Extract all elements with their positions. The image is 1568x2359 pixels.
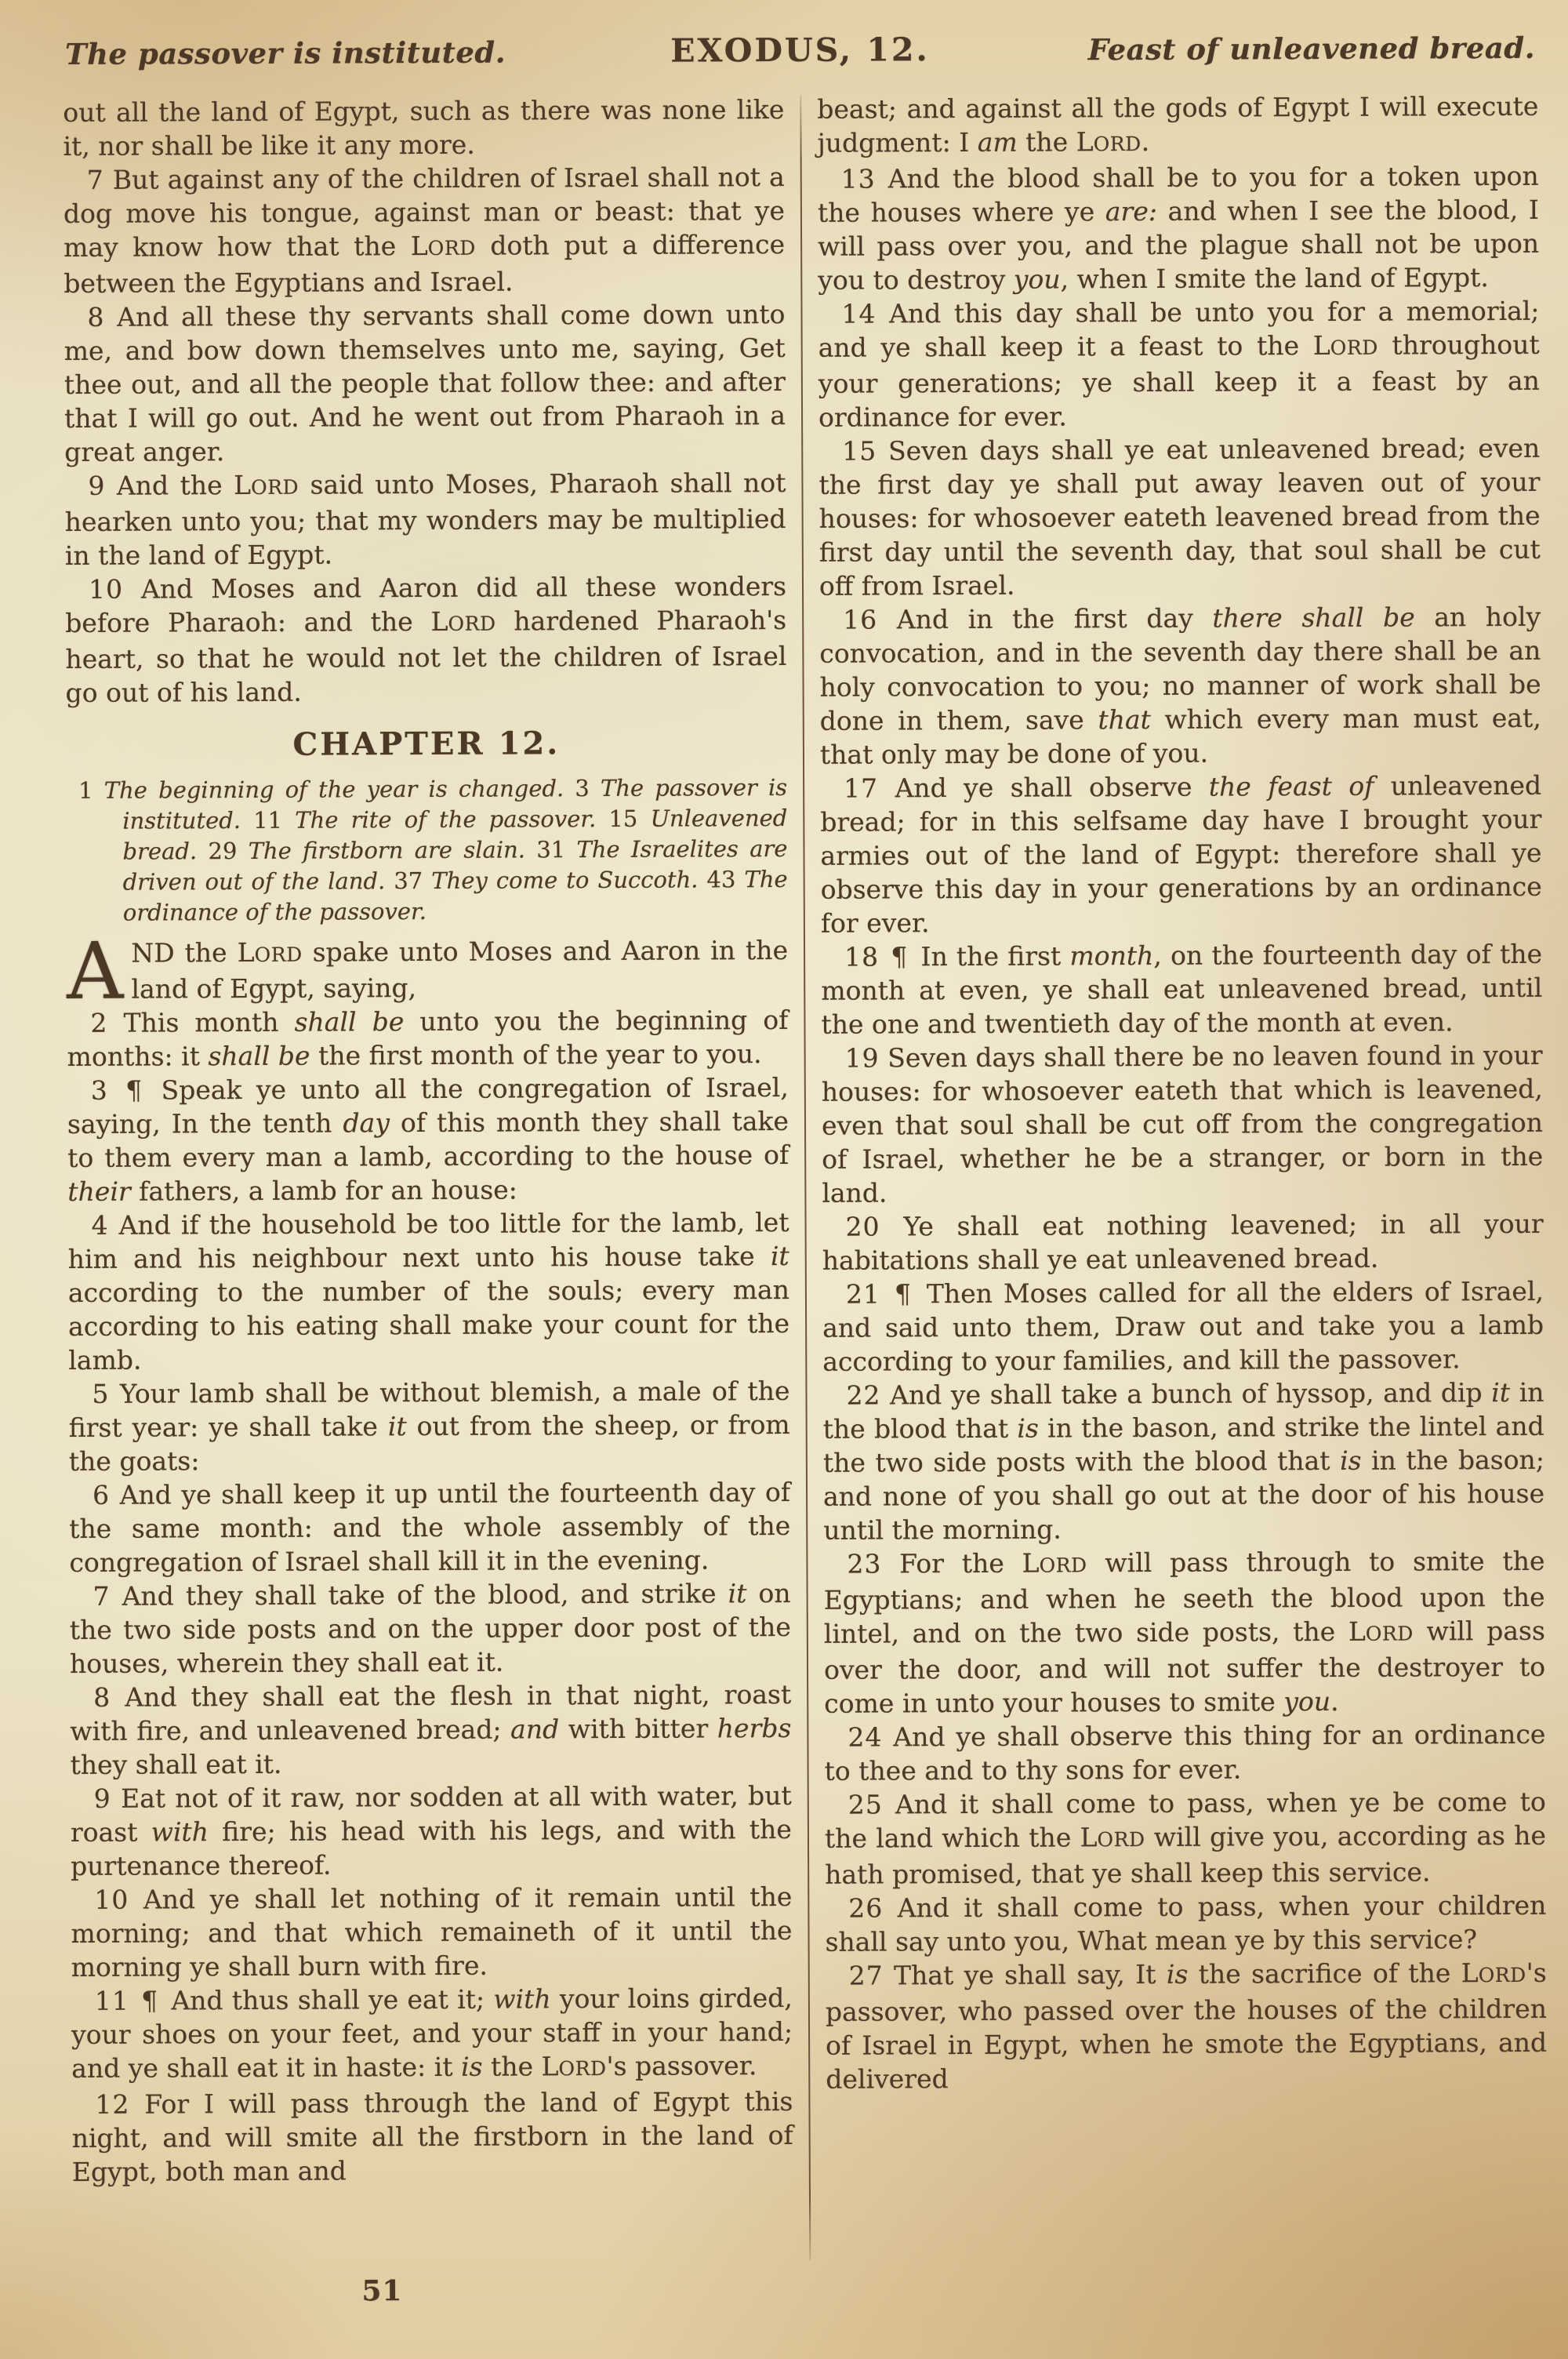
column-divider-rule <box>800 96 811 2260</box>
lord-smallcaps: LORD <box>430 606 495 637</box>
chapter-summary: 1 The beginning of the year is changed. … <box>66 772 788 929</box>
pilcrow-mark: ¶ <box>138 1985 162 2016</box>
lord-smallcaps: LORD <box>1313 330 1378 361</box>
verse-continuation: out all the land of Egypt, such as there… <box>63 93 784 163</box>
verse: 7 But against any of the children of Isr… <box>64 160 786 300</box>
verse-number: 26 <box>848 1892 883 1923</box>
scanned-bible-page: The passover is instituted. EXODUS, 12. … <box>0 0 1568 2359</box>
verse-number: 7 <box>93 1581 111 1612</box>
running-head-right: Feast of unleavened bread. <box>985 31 1535 67</box>
verse: 26 And it shall come to pass, when your … <box>825 1888 1546 1959</box>
verse-number: 13 <box>841 163 876 194</box>
verse: 10 And ye shall let nothing of it remain… <box>71 1880 793 1984</box>
verse: 25 And it shall come to pass, when ye be… <box>825 1785 1547 1892</box>
verse: 5 Your lamb shall be without blemish, a … <box>68 1374 790 1478</box>
running-header: The passover is instituted. EXODUS, 12. … <box>65 28 1535 72</box>
verse: 9 And the LORD said unto Moses, Pharaoh … <box>64 466 786 572</box>
verse: 9 Eat not of it raw, nor sodden at all w… <box>71 1779 793 1883</box>
chapter-heading: CHAPTER 12. <box>66 724 787 765</box>
verse: 8 And all these thy servants shall come … <box>64 297 786 469</box>
page-footer: 51 <box>72 2274 691 2309</box>
verse: 16 And in the first day there shall be a… <box>819 600 1541 772</box>
verse-number: 16 <box>843 604 877 634</box>
verse: 24 And ye shall observe this thing for a… <box>824 1717 1545 1788</box>
verse: 21 ¶ Then Moses called for all the elder… <box>822 1274 1544 1379</box>
pilcrow-mark: ¶ <box>887 941 912 972</box>
lord-smallcaps: LORD <box>238 937 303 968</box>
lord-smallcaps: LORD <box>1461 1957 1526 1988</box>
verse-number: 4 <box>91 1210 108 1241</box>
verse-number: 17 <box>844 772 878 803</box>
pilcrow-mark: ¶ <box>891 1278 916 1309</box>
verse: 13 And the blood shall be to you for a t… <box>818 159 1540 297</box>
verse-number: 14 <box>841 298 876 329</box>
verse-number: 20 <box>845 1211 880 1241</box>
lord-smallcaps: LORD <box>1348 1616 1414 1647</box>
verse: 22 And ye shall take a bunch of hyssop, … <box>822 1376 1544 1547</box>
verse: 11 ¶ And thus shall ye eat it; with your… <box>71 1981 793 2088</box>
pilcrow-mark: ¶ <box>122 1075 147 1106</box>
verse-number: 10 <box>94 1885 129 1915</box>
verse: 15 Seven days shall ye eat unleavened br… <box>818 431 1541 603</box>
verse: 17 And ye shall observe the feast of unl… <box>820 769 1542 940</box>
verse: 2 This month shall be unto you the begin… <box>67 1003 788 1074</box>
verse: 23 For the LORD will pass through to smi… <box>823 1544 1545 1721</box>
verse-continuation: beast; and against all the gods of Egypt… <box>817 89 1538 162</box>
verse-number: 23 <box>847 1548 881 1579</box>
page-content: The passover is instituted. EXODUS, 12. … <box>0 0 1568 2359</box>
verse: 18 ¶ In the first month, on the fourteen… <box>821 937 1543 1041</box>
verse-number: 6 <box>93 1480 110 1510</box>
lord-smallcaps: LORD <box>1080 1822 1145 1852</box>
running-head-left: The passover is instituted. <box>65 35 615 71</box>
verse: 3 ¶ Speak ye unto all the congregation o… <box>67 1070 789 1209</box>
verse: 14 And this day shall be unto you for a … <box>818 294 1540 434</box>
lord-smallcaps: LORD <box>1022 1547 1087 1578</box>
verse-number: 25 <box>848 1789 883 1819</box>
verse: 20 Ye shall eat nothing leavened; in all… <box>822 1207 1543 1278</box>
verse-number: 11 <box>95 1986 129 2016</box>
verse-number: 22 <box>846 1379 880 1410</box>
right-column: beast; and against all the gods of Egypt… <box>817 89 1548 2260</box>
verse-number: 7 <box>87 165 104 195</box>
verse: 10 And Moses and Aaron did all these won… <box>65 569 787 710</box>
verse-number: 5 <box>92 1379 109 1409</box>
verse-number: 18 <box>844 941 879 972</box>
verse-number: 9 <box>94 1783 111 1814</box>
left-column: out all the land of Egypt, such as there… <box>63 93 793 2263</box>
verse-number: 8 <box>87 302 104 333</box>
verse: 4 And if the household be too little for… <box>67 1205 789 1377</box>
two-column-text: out all the land of Egypt, such as there… <box>63 89 1549 2263</box>
verse: 19 Seven days shall there be no leaven f… <box>822 1038 1544 1210</box>
verse-number: 10 <box>89 574 123 605</box>
lord-smallcaps: LORD <box>234 470 299 500</box>
verse: 8 And they shall eat the flesh in that n… <box>70 1677 792 1782</box>
lord-smallcaps: LORD <box>411 231 476 261</box>
drop-cap-letter: A <box>67 936 132 1004</box>
page-number: 51 <box>361 2274 402 2307</box>
verse: 12 For I will pass through the land of E… <box>71 2085 793 2189</box>
verse: 7 And they shall take of the blood, and … <box>70 1576 792 1681</box>
verse: 6 And ye shall keep it up until the four… <box>69 1475 791 1579</box>
verse-number: 8 <box>93 1682 111 1713</box>
lord-smallcaps: LORD <box>541 2051 606 2081</box>
verse-number: 2 <box>90 1008 107 1038</box>
verse-number: 24 <box>848 1721 882 1752</box>
verse-number: 3 <box>91 1075 108 1106</box>
page-heading-book: EXODUS, 12. <box>615 31 985 70</box>
verse-number: 15 <box>842 435 877 466</box>
verse-number: 12 <box>95 2089 129 2120</box>
verse-number: 9 <box>88 471 105 501</box>
verse-number: 27 <box>849 1960 884 1990</box>
verse-number: 21 <box>846 1278 880 1309</box>
verse: 27 That ye shall say, It is the sacrific… <box>826 1956 1548 2096</box>
verse: AND the LORD spake unto Moses and Aaron … <box>67 933 788 1006</box>
lord-smallcaps: LORD <box>1076 126 1142 157</box>
verse-number: 19 <box>845 1042 880 1073</box>
